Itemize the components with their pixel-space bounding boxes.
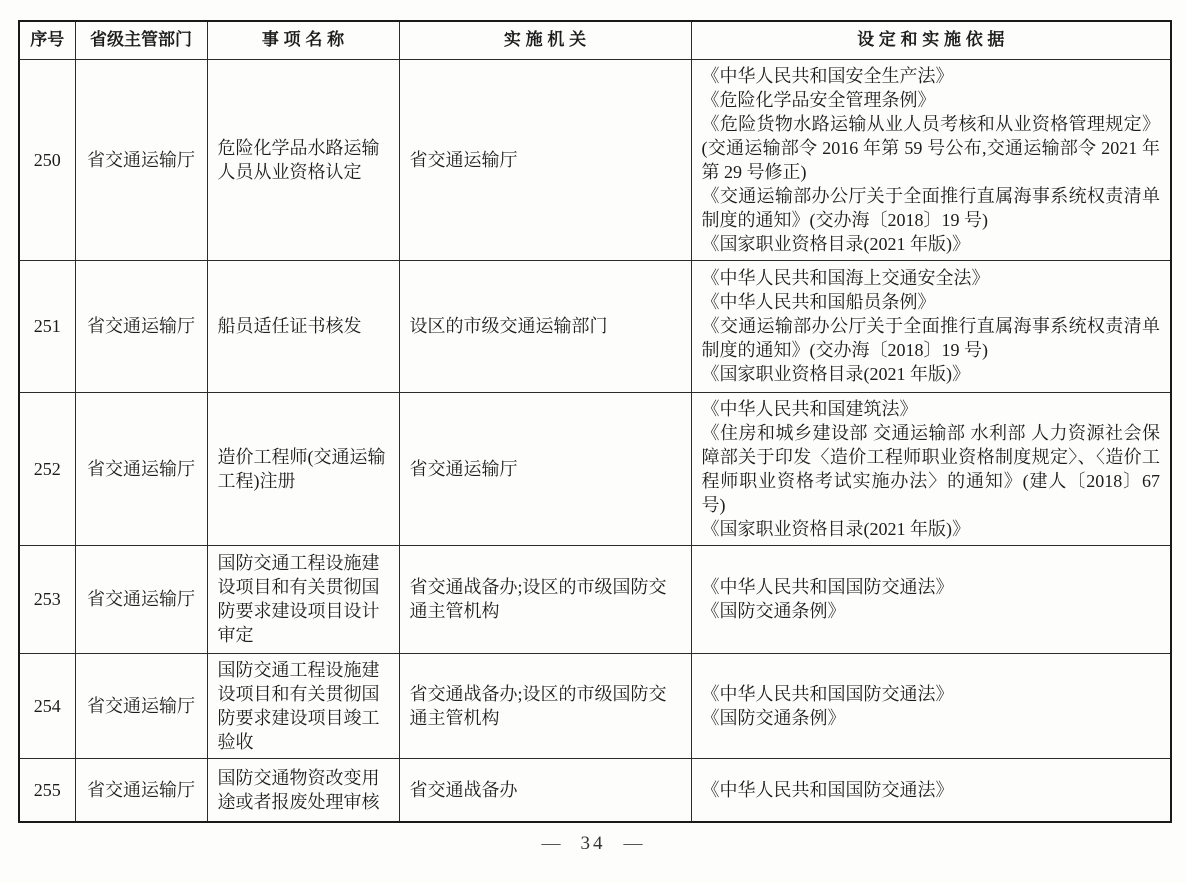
table-row: 254 省交通运输厅 国防交通工程设施建设项目和有关贯彻国防要求建设项目竣工验收…: [19, 653, 1171, 758]
serial-number-cell: 252: [19, 392, 75, 545]
table-header-row: 序号 省级主管部门 事 项 名 称 实 施 机 关 设 定 和 实 施 依 据: [19, 21, 1171, 59]
basis-entry: 《交通运输部办公厅关于全面推行直属海事系统权责清单制度的通知》(交办海〔2018…: [702, 314, 1161, 362]
item-name-cell: 船员适任证书核发: [207, 260, 399, 392]
footer-page-number: 34: [581, 833, 606, 855]
department-cell: 省交通运输厅: [75, 758, 207, 822]
basis-entry: 《国家职业资格目录(2021 年版)》: [702, 362, 1161, 386]
licensing-items-table: 序号 省级主管部门 事 项 名 称 实 施 机 关 设 定 和 实 施 依 据 …: [18, 20, 1172, 823]
table-row: 251 省交通运输厅 船员适任证书核发 设区的市级交通运输部门 《中华人民共和国…: [19, 260, 1171, 392]
table-row: 252 省交通运输厅 造价工程师(交通运输工程)注册 省交通运输厅 《中华人民共…: [19, 392, 1171, 545]
footer-left-dash: —: [542, 833, 563, 855]
basis-entry: 《中华人民共和国安全生产法》: [702, 64, 1161, 88]
serial-number-cell: 253: [19, 545, 75, 653]
basis-entry: 《国家职业资格目录(2021 年版)》: [702, 517, 1161, 541]
document-page: 序号 省级主管部门 事 项 名 称 实 施 机 关 设 定 和 实 施 依 据 …: [0, 0, 1186, 883]
header-basis: 设 定 和 实 施 依 据: [691, 21, 1171, 59]
department-cell: 省交通运输厅: [75, 545, 207, 653]
department-cell: 省交通运输厅: [75, 59, 207, 260]
basis-entry: 《中华人民共和国国防交通法》: [702, 682, 1161, 706]
item-name-cell: 危险化学品水路运输人员从业资格认定: [207, 59, 399, 260]
serial-number-cell: 255: [19, 758, 75, 822]
basis-entry: 《住房和城乡建设部 交通运输部 水利部 人力资源社会保障部关于印发〈造价工程师职…: [702, 421, 1161, 517]
table-row: 255 省交通运输厅 国防交通物资改变用途或者报废处理审核 省交通战备办 《中华…: [19, 758, 1171, 822]
serial-number-cell: 250: [19, 59, 75, 260]
header-serial-number: 序号: [19, 21, 75, 59]
agency-cell: 省交通战备办;设区的市级国防交通主管机构: [399, 545, 691, 653]
agency-cell: 省交通战备办: [399, 758, 691, 822]
department-cell: 省交通运输厅: [75, 260, 207, 392]
department-cell: 省交通运输厅: [75, 392, 207, 545]
basis-cell: 《中华人民共和国国防交通法》《国防交通条例》: [691, 545, 1171, 653]
agency-cell: 省交通战备办;设区的市级国防交通主管机构: [399, 653, 691, 758]
basis-cell: 《中华人民共和国国防交通法》: [691, 758, 1171, 822]
basis-entry: 《国防交通条例》: [702, 706, 1161, 730]
agency-cell: 省交通运输厅: [399, 59, 691, 260]
basis-cell: 《中华人民共和国安全生产法》《危险化学品安全管理条例》《危险货物水路运输从业人员…: [691, 59, 1171, 260]
item-name-cell: 造价工程师(交通运输工程)注册: [207, 392, 399, 545]
serial-number-cell: 254: [19, 653, 75, 758]
table-row: 253 省交通运输厅 国防交通工程设施建设项目和有关贯彻国防要求建设项目设计审定…: [19, 545, 1171, 653]
header-department: 省级主管部门: [75, 21, 207, 59]
basis-entry: 《中华人民共和国建筑法》: [702, 397, 1161, 421]
basis-entry: 《中华人民共和国国防交通法》: [702, 575, 1161, 599]
basis-entry: 《中华人民共和国海上交通安全法》: [702, 266, 1161, 290]
item-name-cell: 国防交通物资改变用途或者报废处理审核: [207, 758, 399, 822]
basis-entry: 《中华人民共和国船员条例》: [702, 290, 1161, 314]
basis-entry: 《国家职业资格目录(2021 年版)》: [702, 232, 1161, 256]
basis-entry: 《危险化学品安全管理条例》: [702, 88, 1161, 112]
agency-cell: 设区的市级交通运输部门: [399, 260, 691, 392]
basis-entry: 《国防交通条例》: [702, 599, 1161, 623]
basis-cell: 《中华人民共和国建筑法》《住房和城乡建设部 交通运输部 水利部 人力资源社会保障…: [691, 392, 1171, 545]
agency-cell: 省交通运输厅: [399, 392, 691, 545]
header-agency: 实 施 机 关: [399, 21, 691, 59]
item-name-cell: 国防交通工程设施建设项目和有关贯彻国防要求建设项目竣工验收: [207, 653, 399, 758]
table-row: 250 省交通运输厅 危险化学品水路运输人员从业资格认定 省交通运输厅 《中华人…: [19, 59, 1171, 260]
basis-entry: 《中华人民共和国国防交通法》: [702, 778, 1161, 802]
item-name-cell: 国防交通工程设施建设项目和有关贯彻国防要求建设项目设计审定: [207, 545, 399, 653]
basis-entry: 《交通运输部办公厅关于全面推行直属海事系统权责清单制度的通知》(交办海〔2018…: [702, 184, 1161, 232]
serial-number-cell: 251: [19, 260, 75, 392]
department-cell: 省交通运输厅: [75, 653, 207, 758]
footer-right-dash: —: [624, 833, 645, 855]
page-number-footer: —34—: [0, 833, 1186, 855]
basis-cell: 《中华人民共和国国防交通法》《国防交通条例》: [691, 653, 1171, 758]
basis-entry: 《危险货物水路运输从业人员考核和从业资格管理规定》(交通运输部令 2016 年第…: [702, 112, 1161, 184]
basis-cell: 《中华人民共和国海上交通安全法》《中华人民共和国船员条例》《交通运输部办公厅关于…: [691, 260, 1171, 392]
header-item-name: 事 项 名 称: [207, 21, 399, 59]
